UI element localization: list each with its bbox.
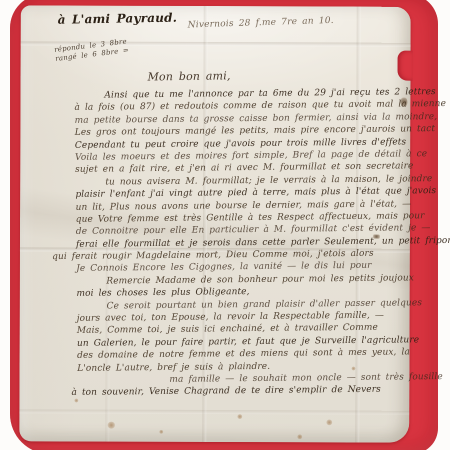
letter-paper: à L'ami Payraud. Nivernois 28 f.me 7re a… bbox=[19, 5, 411, 442]
photo-frame: à L'ami Payraud. Nivernois 28 f.me 7re a… bbox=[0, 0, 450, 450]
salutation: Mon bon ami, bbox=[147, 69, 230, 83]
letter-body: Ainsi que tu me l'annonce par ta 6me du … bbox=[74, 86, 413, 399]
torn-edge-notch bbox=[398, 51, 413, 81]
fox-spot bbox=[326, 419, 332, 425]
fox-spot bbox=[297, 434, 302, 439]
address-line: à L'ami Payraud. bbox=[58, 11, 178, 27]
fox-spot bbox=[237, 414, 242, 419]
fox-spot bbox=[107, 422, 115, 429]
manuscript-line: à ton souvenir, Venise Chagrand de te di… bbox=[71, 384, 413, 400]
fold-crease-horizontal bbox=[19, 409, 409, 414]
fox-spot bbox=[159, 430, 163, 434]
dateline: Nivernois 28 f.me 7re an 10. bbox=[188, 16, 334, 31]
